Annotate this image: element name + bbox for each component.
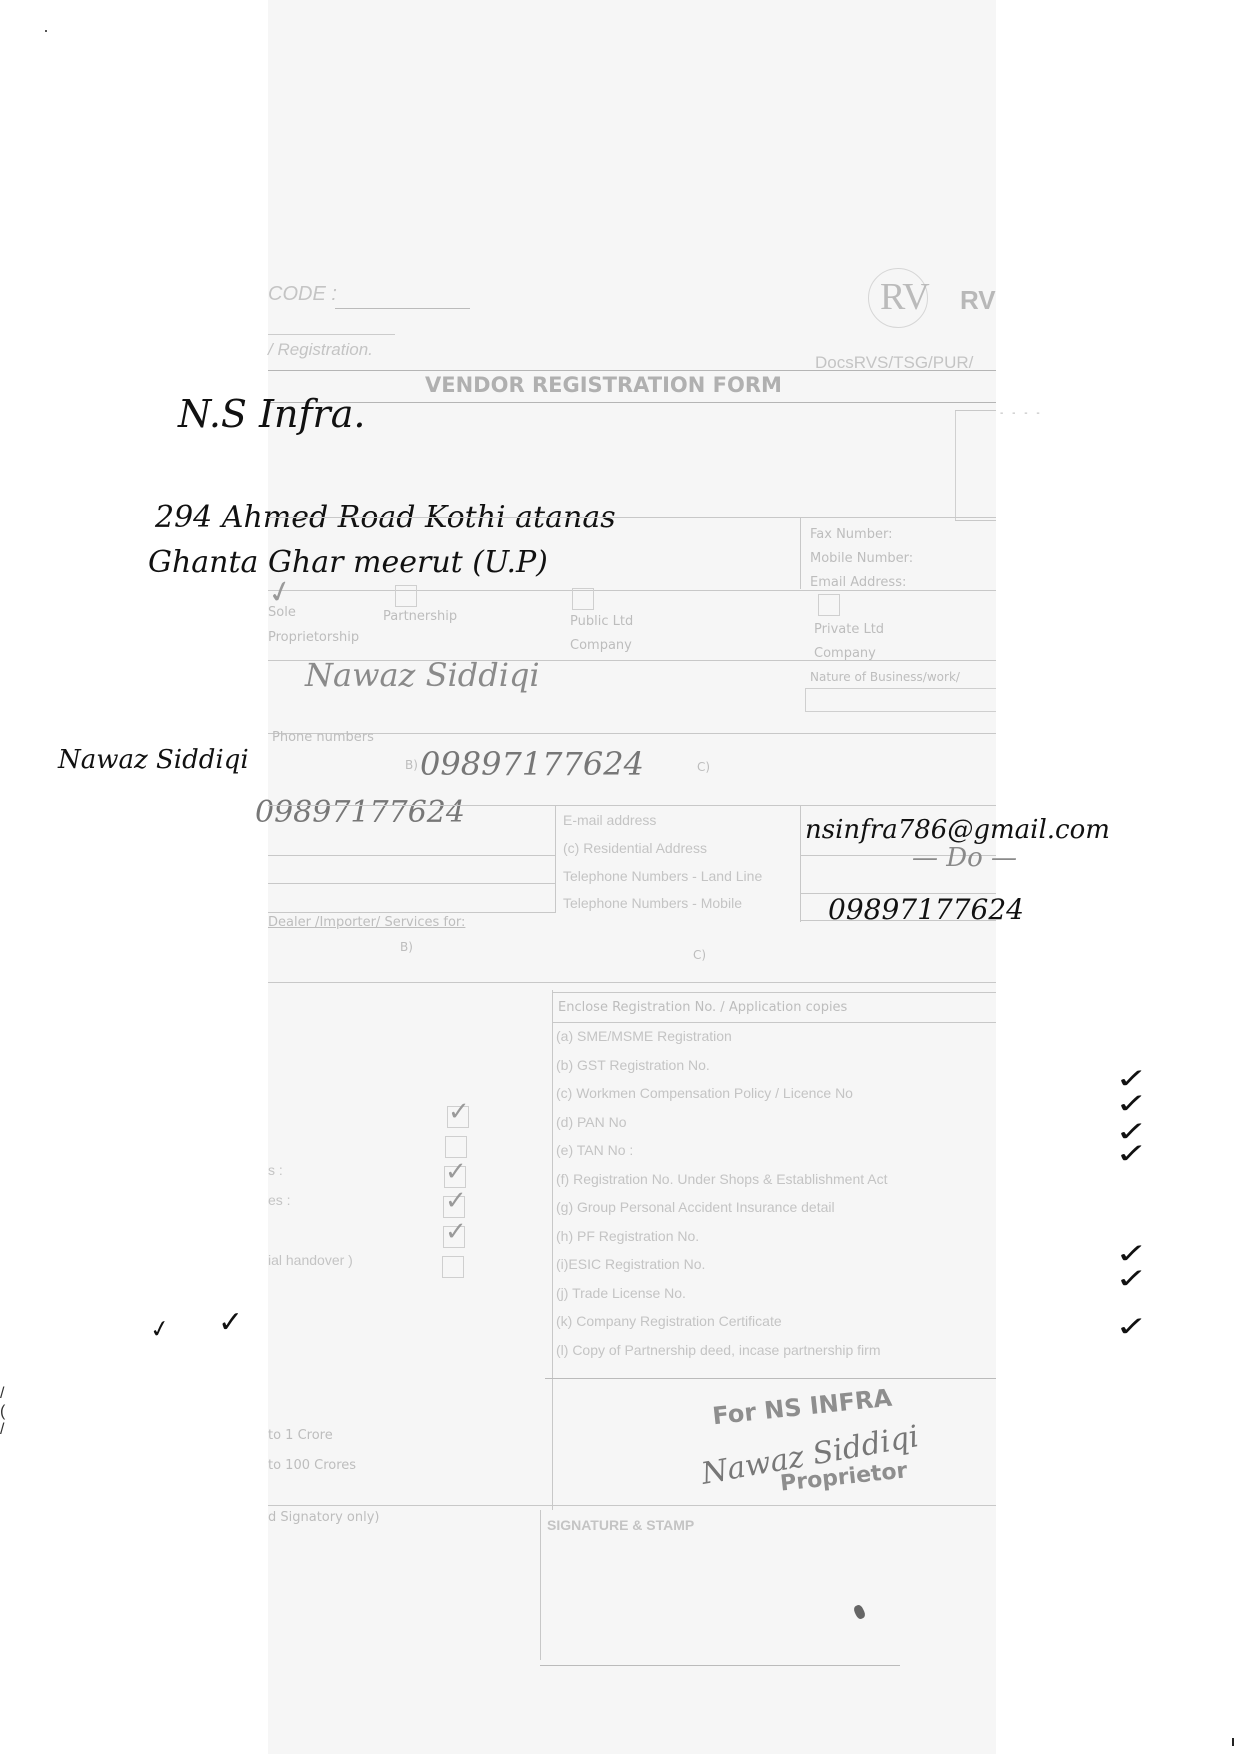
enclosures-top-rule <box>552 992 996 993</box>
enclosures-bottom-rule <box>545 1378 996 1379</box>
left-checkbox-6[interactable] <box>442 1256 464 1278</box>
dealer-importer-label: Dealer /Importer/ Services for: <box>268 915 465 930</box>
enclosure-item: (k) Company Registration Certificate <box>556 1313 782 1329</box>
enclosure-check-icon: ✓ <box>1115 1313 1148 1341</box>
company-name-value[interactable]: N.S Infra. <box>178 392 365 436</box>
stray-check-1-icon: ✓ <box>148 1316 172 1343</box>
public-ltd-checkbox[interactable] <box>572 588 594 610</box>
left-check-5-icon: ✓ <box>445 1218 467 1244</box>
left-check-1-icon: ✓ <box>448 1098 470 1124</box>
fax-label: Fax Number: <box>810 527 892 542</box>
org-option-private-line1: Private Ltd <box>814 622 884 637</box>
nature-of-business-label: Nature of Business/work/ <box>810 670 960 684</box>
enclosure-item: (c) Workmen Compensation Policy / Licenc… <box>556 1085 853 1101</box>
org-option-sole-line1: Sole <box>268 605 296 620</box>
turnover-option-2: to 100 Crores <box>268 1458 356 1473</box>
left-checkbox-2[interactable] <box>445 1136 467 1158</box>
contact-grid-row-3 <box>268 912 555 913</box>
signature-row-bottom <box>540 1665 900 1666</box>
email-address-label: E-mail address <box>563 812 656 828</box>
dealer-b-label: B) <box>400 940 413 954</box>
contact-grid-row-1 <box>268 855 555 856</box>
mobile-label: Mobile Number: <box>810 551 913 566</box>
contact-divider <box>800 517 801 589</box>
proprietor-name-value[interactable]: Nawaz Siddiqi <box>305 656 540 694</box>
enclosure-item: (a) SME/MSME Registration <box>556 1028 732 1044</box>
nature-of-business-field[interactable] <box>805 688 996 712</box>
scan-mark <box>1232 1738 1234 1746</box>
private-ltd-checkbox[interactable] <box>818 594 840 616</box>
contact-person-name[interactable]: Nawaz Siddiqi <box>58 745 249 775</box>
contact-grid-divider-2 <box>800 805 801 922</box>
left-check-4-icon: ✓ <box>445 1187 467 1213</box>
email-label: Email Address: <box>810 575 906 590</box>
registration-label: / Registration. <box>268 340 373 360</box>
enclosures-title-rule <box>552 1022 996 1023</box>
logo-monogram: RV <box>880 275 930 319</box>
photo-box-bottom <box>955 520 996 521</box>
margin-marks: /(/ <box>0 1385 5 1439</box>
turnover-option-1: to 1 Crore <box>268 1428 333 1443</box>
enclosure-item: (j) Trade License No. <box>556 1285 686 1301</box>
org-option-public-line2: Company <box>570 638 632 653</box>
address-line-2[interactable]: Ghanta Ghar meerut (U.P) <box>148 545 548 580</box>
left-checklist-label-4: es : <box>268 1192 291 1208</box>
photo-box-top <box>955 410 996 411</box>
enclosures-title: Enclose Registration No. / Application c… <box>558 1000 847 1015</box>
vendor-code-field[interactable] <box>335 308 470 309</box>
stray-check-2-icon: ✓ <box>218 1308 243 1338</box>
signature-stamp-area[interactable] <box>540 1510 996 1660</box>
registration-line <box>268 334 395 335</box>
lower-grid-divider <box>552 990 553 1510</box>
landline-label: Telephone Numbers - Land Line <box>563 868 762 884</box>
partnership-checkbox[interactable] <box>395 585 417 607</box>
form-title: VENDOR REGISTRATION FORM <box>425 373 782 397</box>
contact-grid-row-2 <box>268 883 555 884</box>
contact-row-top <box>268 733 996 734</box>
left-checklist-label-6: ial handover ) <box>268 1252 353 1268</box>
residential-address-label: (c) Residential Address <box>563 840 707 856</box>
photo-box-edge <box>955 410 956 520</box>
margin-dashes: - - - - <box>1000 408 1043 419</box>
title-top-rule <box>268 370 996 371</box>
phone-main-value[interactable]: 09897177624 <box>255 795 465 830</box>
authorised-signatory-label: d Signatory only) <box>268 1510 380 1525</box>
enclosure-check-icon: ✓ <box>1115 1265 1148 1293</box>
phone-c-label: C) <box>697 760 710 774</box>
email-value[interactable]: nsinfra786@gmail.com <box>805 815 1110 845</box>
dealer-c-label: C) <box>693 948 706 962</box>
address-row-top <box>268 517 996 518</box>
org-option-sole-line2: Proprietorship <box>268 630 359 645</box>
vendor-code-label: CODE : <box>268 283 337 306</box>
enclosure-item: (h) PF Registration No. <box>556 1228 699 1244</box>
enclosure-item: (g) Group Personal Accident Insurance de… <box>556 1199 835 1215</box>
mobile-value[interactable]: 09897177624 <box>828 893 1024 926</box>
contact-grid-divider-1 <box>555 805 556 913</box>
residential-address-value[interactable]: — Do — <box>912 843 1017 873</box>
enclosure-item: (l) Copy of Partnership deed, incase par… <box>556 1342 880 1358</box>
enclosure-item: (i)ESIC Registration No. <box>556 1256 705 1272</box>
title-bottom-rule <box>268 402 996 403</box>
org-type-row-top <box>268 590 996 591</box>
enclosure-check-icon: ✓ <box>1115 1140 1148 1168</box>
mobile-number-label: Telephone Numbers - Mobile <box>563 895 742 911</box>
enclosure-item: (e) TAN No : <box>556 1142 633 1158</box>
left-check-3-icon: ✓ <box>445 1158 467 1184</box>
phone-b-label: B) <box>405 758 418 772</box>
contact-grid-top <box>268 805 996 806</box>
org-option-public-line1: Public Ltd <box>570 614 633 629</box>
dealer-row-bottom <box>268 982 996 983</box>
enclosure-check-icon: ✓ <box>1115 1090 1148 1118</box>
org-option-private-line2: Company <box>814 646 876 661</box>
scan-speck <box>45 30 47 32</box>
signature-row-top <box>268 1505 996 1506</box>
phone-numbers-label: Phone numbers <box>272 730 374 745</box>
enclosure-item: (b) GST Registration No. <box>556 1057 710 1073</box>
phone-b-value[interactable]: 09897177624 <box>420 745 644 783</box>
enclosure-item: (f) Registration No. Under Shops & Estab… <box>556 1171 887 1187</box>
enclosure-item: (d) PAN No <box>556 1114 627 1130</box>
logo-text: RV <box>960 285 996 316</box>
org-option-partnership: Partnership <box>383 609 457 624</box>
left-checklist-label-3: s : <box>268 1162 283 1178</box>
